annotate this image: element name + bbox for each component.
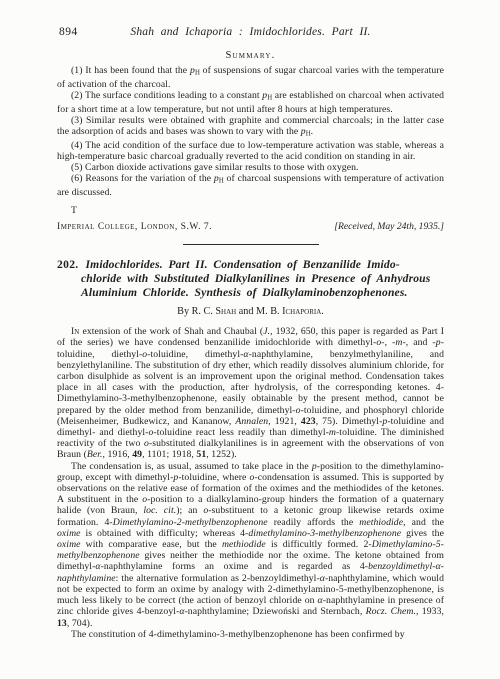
text-segment: , 704). — [67, 618, 93, 629]
text-segment: Shah — [215, 306, 236, 317]
text-segment: Annalen — [235, 416, 268, 427]
text-segment: -naphthylamine; Dziewoński and Sternbach… — [185, 606, 366, 617]
article-title-line-2: chloride with Substituted Dialkylaniline… — [57, 272, 444, 286]
text-segment: loc. cit. — [143, 505, 176, 516]
text-segment: , and the — [403, 517, 444, 528]
summary-item: (6) Reasons for the variation of the pH … — [57, 173, 444, 198]
text-segment: 51 — [196, 449, 206, 460]
text-segment: , 75). Dimethyl- — [316, 416, 383, 427]
text-segment: readily affords the — [268, 517, 360, 528]
acknowledgement: T — [57, 205, 444, 216]
summary-heading: Summary. — [57, 50, 444, 61]
text-segment: (4) The acid condition of the surface du… — [57, 140, 444, 162]
text-segment: extension of the work of Shah and Chauba… — [79, 326, 263, 337]
text-segment: : the alternative formulation as 2-benzo… — [116, 573, 320, 584]
text-segment: . — [321, 306, 324, 317]
received-date: [Received, May 24th, 1935.] — [334, 221, 444, 232]
byline: By R. C. Shah and M. B. Ichaporia. — [57, 306, 444, 317]
text-segment: , 1101; 1918, — [142, 449, 196, 460]
text-segment: , 1921, — [268, 416, 301, 427]
summary-item: (4) The acid condition of the surface du… — [57, 140, 444, 162]
text-segment: (2) The surface conditions leading to a … — [71, 90, 262, 101]
text-segment: , 1252). — [206, 449, 237, 460]
acknowledgement-block: T — [57, 205, 444, 216]
text-segment: 49 — [132, 449, 142, 460]
article-title-line-3: Aluminium Chloride. Synthesis of Dialkyl… — [57, 286, 444, 300]
section-divider-rule — [183, 244, 319, 245]
summary-item: (3) Similar results were obtained with g… — [57, 115, 444, 140]
text-segment: -, and - — [402, 337, 435, 348]
text-segment: dimethylamino-3-methylbenzophenone — [248, 528, 401, 539]
text-segment: , 1933, — [416, 606, 444, 617]
text-segment: is difficultly formed. 2- — [266, 539, 372, 550]
text-segment: -toluidine, dimethyl- — [147, 349, 243, 360]
body-paragraph: In extension of the work of Shah and Cha… — [57, 326, 444, 460]
text-segment: -naphthylamine forms an oxime and is reg… — [101, 561, 369, 572]
text-segment: and M. B. — [236, 306, 282, 317]
text-segment: Ber. — [87, 449, 103, 460]
article-title-line-1: 202.Imidochlorides. Part II. Condensatio… — [57, 258, 444, 272]
text-segment: The constitution of 4-dimethylamino-3-me… — [71, 629, 405, 640]
text-segment: gives the — [401, 528, 444, 539]
text-segment: , 1916, — [103, 449, 133, 460]
ph-symbol: pH — [301, 126, 311, 137]
journal-page: 894 Shah and Ichaporia : Imidochlorides.… — [0, 0, 500, 679]
text-segment: (1) It has been found that the — [71, 65, 190, 76]
running-title: Shah and Ichaporia : Imidochlorides. Par… — [57, 26, 444, 38]
text-segment: Dimethylamino-2-methylbenzophenone — [113, 517, 268, 528]
text-segment: methiodide — [222, 539, 266, 550]
body-paragraph: The condensation is, as usual, assumed t… — [57, 461, 444, 629]
title-text: Imidochlorides. Part II. Condensation of… — [86, 258, 400, 271]
text-segment: ); an — [176, 505, 203, 516]
text-segment: oxime — [57, 539, 81, 550]
page-content: 894 Shah and Ichaporia : Imidochlorides.… — [57, 0, 444, 640]
text-segment: is obtained with difficulty; whereas 4- — [81, 528, 249, 539]
summary-footer: Imperial College, London, S.W. 7. [Recei… — [57, 221, 444, 232]
article-number: 202. — [57, 258, 79, 271]
text-segment: By R. C. — [177, 306, 215, 317]
text-segment: (6) Reasons for the variation of the — [71, 173, 214, 184]
text-segment: T — [71, 205, 77, 216]
ph-symbol: pH — [190, 65, 200, 76]
text-segment: -, - — [381, 337, 395, 348]
text-segment: . — [311, 126, 314, 137]
ph-symbol: pH — [262, 90, 272, 101]
text-segment: -toluidine, where — [178, 472, 249, 483]
text-segment: The condensation is, as usual, assumed t… — [71, 461, 312, 472]
article-body: In extension of the work of Shah and Cha… — [57, 326, 444, 640]
text-segment: -toluidine react less readily than dimet… — [153, 427, 329, 438]
text-segment: (5) Carbon dioxide activations gave simi… — [71, 162, 359, 173]
summary-items: (1) It has been found that the pH of sus… — [57, 65, 444, 198]
text-segment: oxime — [57, 528, 81, 539]
text-segment: with comparative ease, but the — [81, 539, 222, 550]
text-segment: m — [329, 427, 336, 438]
affiliation: Imperial College, London, S.W. 7. — [57, 221, 212, 232]
summary-item: (2) The surface conditions leading to a … — [57, 90, 444, 115]
summary-item: (5) Carbon dioxide activations gave simi… — [57, 162, 444, 173]
text-segment: 423 — [301, 416, 316, 427]
text-segment: Ichaporia — [282, 306, 321, 317]
text-segment: 13 — [57, 618, 67, 629]
article-title: 202.Imidochlorides. Part II. Condensatio… — [57, 258, 444, 299]
text-segment: methiodide — [359, 517, 403, 528]
text-segment: Rocz. Chem. — [366, 606, 416, 617]
summary-item: (1) It has been found that the pH of sus… — [57, 65, 444, 90]
page-number: 894 — [59, 26, 78, 38]
ph-symbol: pH — [214, 173, 224, 184]
text-segment: (3) Similar results were obtained with g… — [57, 115, 444, 137]
running-header: 894 Shah and Ichaporia : Imidochlorides.… — [57, 26, 444, 41]
body-paragraph: The constitution of 4-dimethylamino-3-me… — [57, 629, 444, 640]
